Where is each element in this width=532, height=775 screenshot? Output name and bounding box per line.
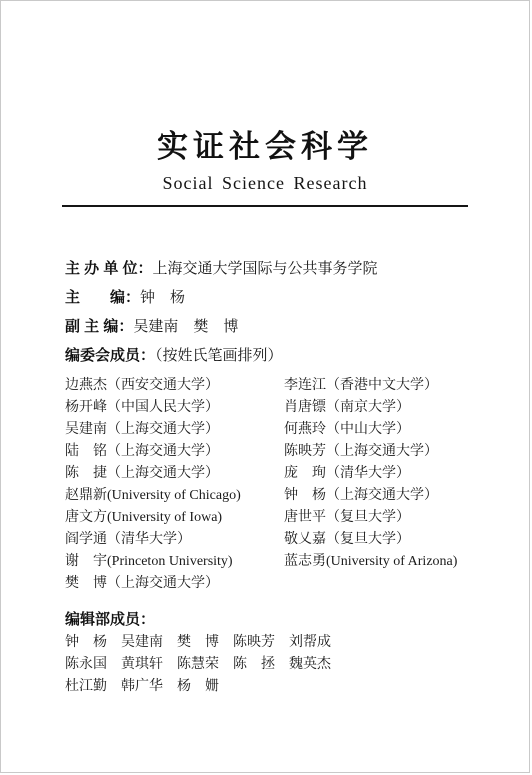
committee-left-column: 边燕杰（西安交通大学） 杨开峰（中国人民大学） 吴建南（上海交通大学） 陆 铭（… [65, 375, 284, 595]
masthead-content: 主 办 单 位：上海交通大学国际与公共事务学院 主 编：钟 杨 副 主 编：吴建… [1, 255, 529, 698]
committee-member: 谢 宇(Princeton University) [65, 551, 284, 573]
journal-title-en: Social Science Research [1, 173, 529, 194]
committee-label: 编委会成员： [65, 347, 155, 364]
committee-member: 李连江（香港中文大学） [284, 375, 485, 397]
committee-member: 庞 珣（清华大学） [284, 463, 485, 485]
sponsor-row: 主 办 单 位：上海交通大学国际与公共事务学院 [65, 255, 485, 283]
editorial-staff-list: 钟 杨 吴建南 樊 博 陈映芳 刘帮成 陈永国 黄琪轩 陈慧荣 陈 拯 魏英杰 … [65, 632, 485, 698]
editorial-staff-row: 杜江勤 韩广华 杨 姗 [65, 676, 485, 698]
committee-right-column: 李连江（香港中文大学） 肖唐镖（南京大学） 何燕玲（中山大学） 陈映芳（上海交通… [284, 375, 485, 595]
committee-member: 陈 捷（上海交通大学） [65, 463, 284, 485]
committee-member: 敬乂嘉（复旦大学） [284, 529, 485, 551]
deputy-editor-label: 副 主 编： [65, 318, 133, 335]
sponsor-value: 上海交通大学国际与公共事务学院 [153, 261, 378, 277]
committee-member-list: 边燕杰（西安交通大学） 杨开峰（中国人民大学） 吴建南（上海交通大学） 陆 铭（… [65, 375, 485, 595]
committee-member: 吴建南（上海交通大学） [65, 419, 284, 441]
committee-member: 何燕玲（中山大学） [284, 419, 485, 441]
committee-member: 陈映芳（上海交通大学） [284, 441, 485, 463]
header-divider-line [62, 205, 468, 207]
deputy-editor-value: 吴建南 樊 博 [133, 319, 238, 335]
editorial-staff-row: 钟 杨 吴建南 樊 博 陈映芳 刘帮成 [65, 632, 485, 654]
committee-member: 樊 博（上海交通大学） [65, 573, 284, 595]
deputy-editor-row: 副 主 编：吴建南 樊 博 [65, 313, 485, 341]
committee-member: 杨开峰（中国人民大学） [65, 397, 284, 419]
committee-member: 边燕杰（西安交通大学） [65, 375, 284, 397]
chief-editor-label: 主 编： [65, 289, 140, 306]
editorial-staff-row: 陈永国 黄琪轩 陈慧荣 陈 拯 魏英杰 [65, 654, 485, 676]
journal-cover-page: 实证社会科学 Social Science Research 主 办 单 位：上… [0, 0, 530, 773]
committee-header-row: 编委会成员：（按姓氏笔画排列） [65, 342, 485, 370]
chief-editor-value: 钟 杨 [140, 290, 185, 306]
committee-member: 唐文方(University of Iowa) [65, 507, 284, 529]
committee-sort-note: （按姓氏笔画排列） [155, 348, 283, 364]
committee-member: 赵鼎新(University of Chicago) [65, 485, 284, 507]
editorial-staff-header-row: 编辑部成员： [65, 608, 485, 632]
committee-member: 钟 杨（上海交通大学） [284, 485, 485, 507]
committee-member: 蓝志勇(University of Arizona) [284, 551, 485, 573]
chief-editor-row: 主 编：钟 杨 [65, 284, 485, 312]
sponsor-label: 主 办 单 位： [65, 260, 153, 277]
committee-member: 陆 铭（上海交通大学） [65, 441, 284, 463]
committee-member: 阎学通（清华大学） [65, 529, 284, 551]
journal-title-zh: 实证社会科学 [1, 121, 529, 166]
committee-member: 肖唐镖（南京大学） [284, 397, 485, 419]
committee-member: 唐世平（复旦大学） [284, 507, 485, 529]
journal-header: 实证社会科学 Social Science Research [1, 1, 529, 207]
editorial-staff-label: 编辑部成员： [65, 611, 155, 628]
